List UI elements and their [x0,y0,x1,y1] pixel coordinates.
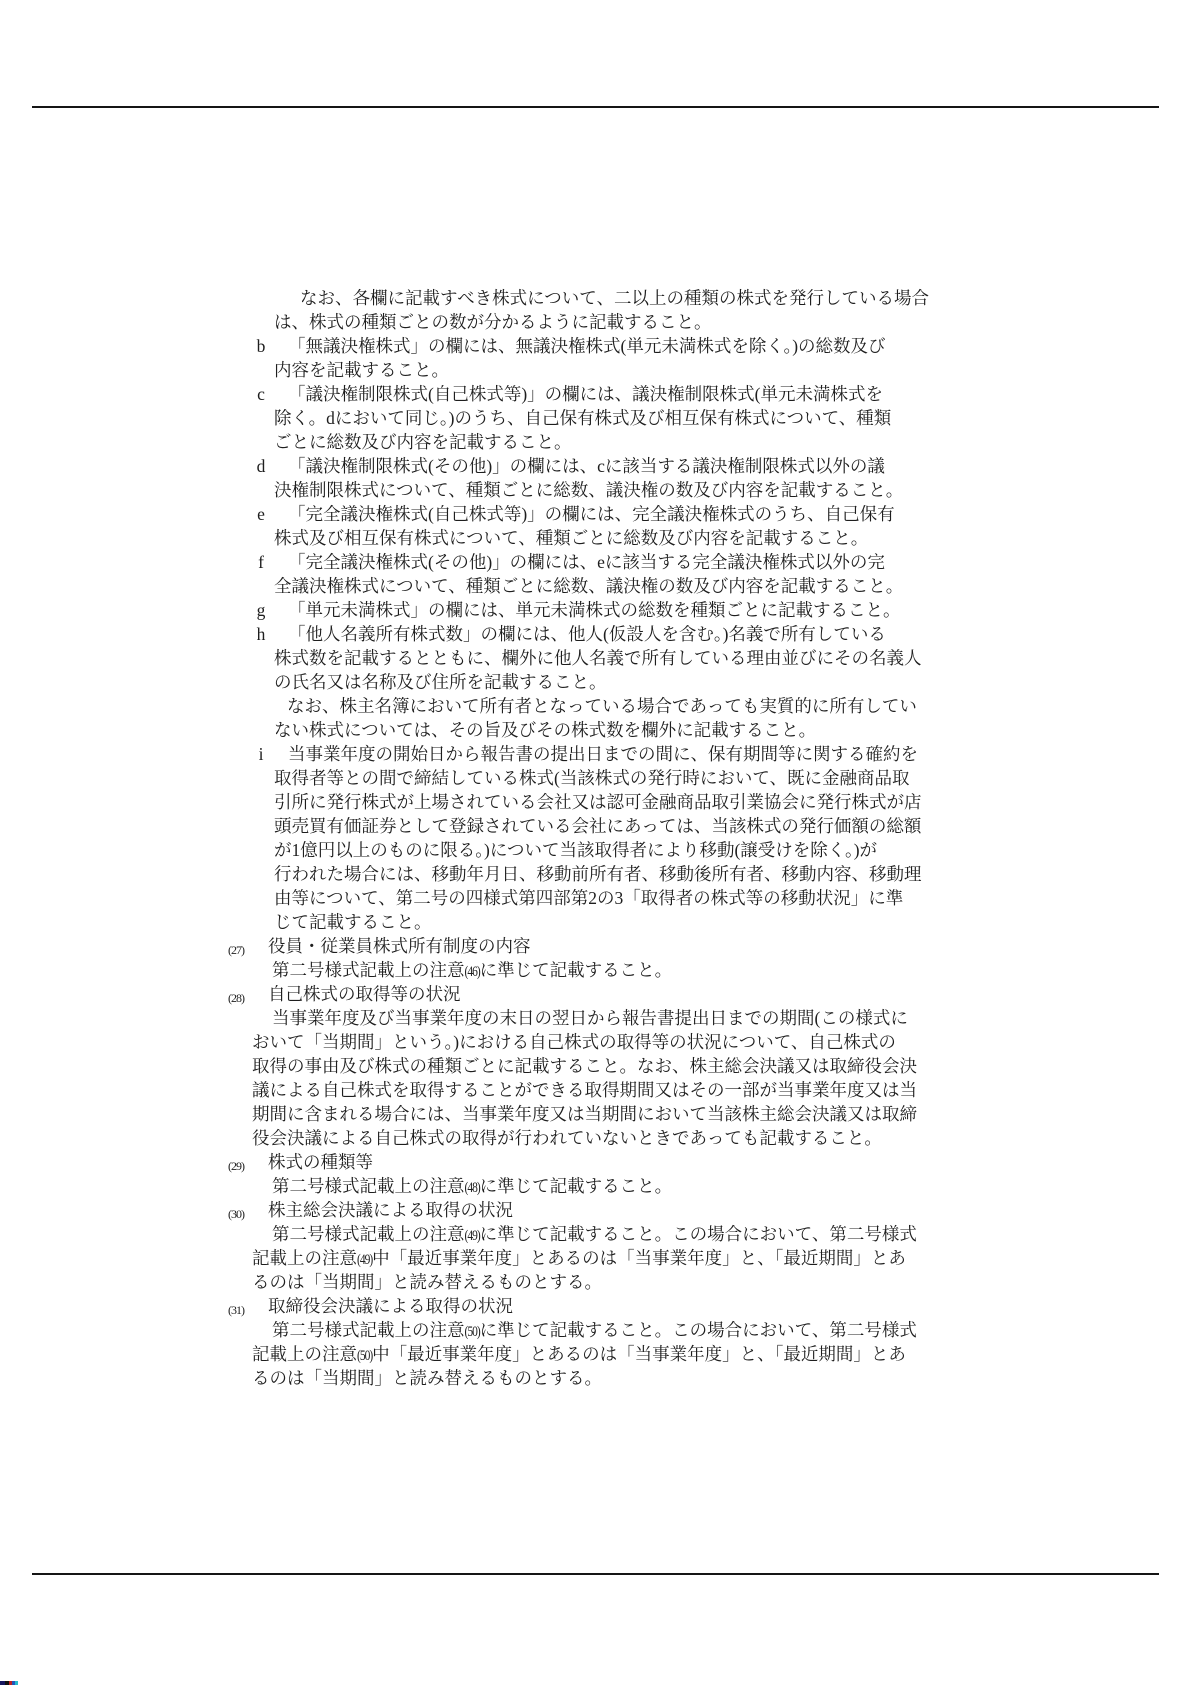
text-line-content: 当事業年度及び当事業年度の末日の翌日から報告書提出日までの期間(この様式に [272,1006,908,1030]
text-line: 行われた場合には、移動年月日、移動前所有者、移動後所有者、移動内容、移動理 [228,862,968,886]
notes-text-block: なお、各欄に記載すべき株式について、二以上の種類の株式を発行している場合は、株式… [228,286,968,1390]
text-line: ごとに総数及び内容を記載すること。 [228,430,968,454]
text-line: (30)株主総会決議による取得の状況 [228,1198,968,1222]
text-line: おいて「当期間」という。)における自己株式の取得等の状況について、自己株式の [228,1030,968,1054]
text-line: 記載上の注意(49)中「最近事業年度」とあるのは「当事業年度」と、「最近期間」と… [228,1246,968,1270]
text-line-content: 行われた場合には、移動年月日、移動前所有者、移動後所有者、移動内容、移動理 [274,862,922,886]
text-line-content: じて記載すること。 [274,910,432,934]
text-line: が1億円以上のものに限る。)について当該取得者により移動(譲受けを除く。)が [228,838,968,862]
text-line-content: 第二号様式記載上の注意(46)に準じて記載すること。 [272,958,672,985]
text-line-content: 株主総会決議による取得の状況 [268,1198,513,1222]
text-line-content: 「無議決権株式」の欄には、無議決権株式(単元未満株式を除く。)の総数及び [288,334,886,358]
text-line: なお、株主名簿において所有者となっている場合であっても実質的に所有してい [228,694,968,718]
text-line-content: なお、株主名簿において所有者となっている場合であっても実質的に所有してい [287,694,917,718]
item-letter-label: e [252,502,270,526]
text-line: 第二号様式記載上の注意(46)に準じて記載すること。 [228,958,968,982]
text-line-content: 取得の事由及び株式の種類ごとに記載すること。なお、株主総会決議又は取締役会決 [252,1054,917,1078]
text-line: 議による自己株式を取得することができる取得期間又はその一部が当事業年度又は当 [228,1078,968,1102]
text-line-content: 頭売買有価証券として登録されている会社にあっては、当該株式の発行価額の総額 [274,814,921,838]
text-line: るのは「当期間」と読み替えるものとする。 [228,1366,968,1390]
text-line: 役会決議による自己株式の取得が行われていないときであっても記載すること。 [228,1126,968,1150]
text-line: 第二号様式記載上の注意(50)に準じて記載すること。この場合において、第二号様式 [228,1318,968,1342]
text-line-content: ごとに総数及び内容を記載すること。 [274,430,572,454]
text-line: じて記載すること。 [228,910,968,934]
text-line-content: ない株式については、その旨及びその株式数を欄外に記載すること。 [274,718,816,742]
text-line: f「完全議決権株式(その他)」の欄には、eに該当する完全議決権株式以外の完 [228,550,968,574]
text-line: 株式数を記載するとともに、欄外に他人名義で所有している理由並びにその名義人 [228,646,968,670]
text-line: の氏名又は名称及び住所を記載すること。 [228,670,968,694]
text-line: 全議決権株式について、種類ごとに総数、議決権の数及び内容を記載すること。 [228,574,968,598]
text-line-content: 「完全議決権株式(その他)」の欄には、eに該当する完全議決権株式以外の完 [288,550,885,574]
text-line: るのは「当期間」と読み替えるものとする。 [228,1270,968,1294]
text-line: 取得者等との間で締結している株式(当該株式の発行時において、既に金融商品取 [228,766,968,790]
text-line-content: 「完全議決権株式(自己株式等)」の欄には、完全議決権株式のうち、自己保有 [288,502,895,526]
text-line: 記載上の注意(50)中「最近事業年度」とあるのは「当事業年度」と、「最近期間」と… [228,1342,968,1366]
text-line-content: 自己株式の取得等の状況 [268,982,461,1006]
text-line-content: 議による自己株式を取得することができる取得期間又はその一部が当事業年度又は当 [252,1078,917,1102]
text-line-content: 「議決権制限株式(その他)」の欄には、cに該当する議決権制限株式以外の議 [288,454,885,478]
text-line-content: は、株式の種類ごとの数が分かるように記載すること。 [274,310,712,334]
text-line: c「議決権制限株式(自己株式等)」の欄には、議決権制限株式(単元未満株式を [228,382,968,406]
text-line-content: るのは「当期間」と読み替えるものとする。 [252,1366,602,1390]
text-line: 第二号様式記載上の注意(48)に準じて記載すること。 [228,1174,968,1198]
bottom-rule [32,1573,1159,1575]
text-line-content: 当事業年度の開始日から報告書の提出日までの間に、保有期間等に関する確約を [288,742,918,766]
text-line-content: おいて「当期間」という。)における自己株式の取得等の状況について、自己株式の [252,1030,896,1054]
text-line-content: 役会決議による自己株式の取得が行われていないときであっても記載すること。 [252,1126,882,1150]
top-rule [32,106,1159,108]
text-line-content: 記載上の注意(50)中「最近事業年度」とあるのは「当事業年度」と、「最近期間」と… [252,1342,906,1369]
item-letter-label: c [252,382,270,406]
text-line: 決権制限株式について、種類ごとに総数、議決権の数及び内容を記載すること。 [228,478,968,502]
text-line-content: 「単元未満株式」の欄には、単元未満株式の総数を種類ごとに記載すること。 [288,598,901,622]
text-line-content: 内容を記載すること。 [274,358,449,382]
text-line: (27)役員・従業員株式所有制度の内容 [228,934,968,958]
text-line-content: 期間に含まれる場合には、当事業年度又は当期間において当該株主総会決議又は取締 [252,1102,917,1126]
text-line: 由等について、第二号の四様式第四部第2の3「取得者の株式等の移動状況」に準 [228,886,968,910]
text-line: 除く。dにおいて同じ。)のうち、自己保有株式及び相互保有株式について、種類 [228,406,968,430]
text-line-content: 株式の種類等 [268,1150,373,1174]
text-line: 期間に含まれる場合には、当事業年度又は当期間において当該株主総会決議又は取締 [228,1102,968,1126]
text-line: e「完全議決権株式(自己株式等)」の欄には、完全議決権株式のうち、自己保有 [228,502,968,526]
text-line: i当事業年度の開始日から報告書の提出日までの間に、保有期間等に関する確約を [228,742,968,766]
text-line: g「単元未満株式」の欄には、単元未満株式の総数を種類ごとに記載すること。 [228,598,968,622]
text-line: 第二号様式記載上の注意(49)に準じて記載すること。この場合において、第二号様式 [228,1222,968,1246]
text-line-content: 「議決権制限株式(自己株式等)」の欄には、議決権制限株式(単元未満株式を [288,382,883,406]
text-line-content: るのは「当期間」と読み替えるものとする。 [252,1270,602,1294]
item-letter-label: h [252,622,270,646]
text-line: ない株式については、その旨及びその株式数を欄外に記載すること。 [228,718,968,742]
text-line-content: 「他人名義所有株式数」の欄には、他人(仮設人を含む。)名義で所有している [288,622,886,646]
text-line-content: 全議決権株式について、種類ごとに総数、議決権の数及び内容を記載すること。 [274,574,903,598]
text-line: は、株式の種類ごとの数が分かるように記載すること。 [228,310,968,334]
text-line: 引所に発行株式が上場されている会社又は認可金融商品取引業協会に発行株式が店 [228,790,968,814]
text-line-content: の氏名又は名称及び住所を記載すること。 [274,670,607,694]
text-line: (28)自己株式の取得等の状況 [228,982,968,1006]
scan-artifact-segment [15,1681,18,1685]
text-line: d「議決権制限株式(その他)」の欄には、cに該当する議決権制限株式以外の議 [228,454,968,478]
document-page: なお、各欄に記載すべき株式について、二以上の種類の株式を発行している場合は、株式… [0,0,1192,1685]
text-line-content: 由等について、第二号の四様式第四部第2の3「取得者の株式等の移動状況」に準 [274,886,903,910]
text-line-content: 引所に発行株式が上場されている会社又は認可金融商品取引業協会に発行株式が店 [274,790,922,814]
text-line-content: 決権制限株式について、種類ごとに総数、議決権の数及び内容を記載すること。 [274,478,903,502]
text-line: (31)取締役会決議による取得の状況 [228,1294,968,1318]
item-letter-label: f [252,550,270,574]
text-line: (29)株式の種類等 [228,1150,968,1174]
text-line: 株式及び相互保有株式について、種類ごとに総数及び内容を記載すること。 [228,526,968,550]
text-line: 頭売買有価証券として登録されている会社にあっては、当該株式の発行価額の総額 [228,814,968,838]
text-line-content: 取得者等との間で締結している株式(当該株式の発行時において、既に金融商品取 [274,766,909,790]
text-line: なお、各欄に記載すべき株式について、二以上の種類の株式を発行している場合 [228,286,968,310]
text-line: 当事業年度及び当事業年度の末日の翌日から報告書提出日までの期間(この様式に [228,1006,968,1030]
text-line-content: 株式及び相互保有株式について、種類ごとに総数及び内容を記載すること。 [274,526,868,550]
text-line-content: が1億円以上のものに限る。)について当該取得者により移動(譲受けを除く。)が [274,838,877,862]
text-line-content: 除く。dにおいて同じ。)のうち、自己保有株式及び相互保有株式について、種類 [274,406,891,430]
text-line: b「無議決権株式」の欄には、無議決権株式(単元未満株式を除く。)の総数及び [228,334,968,358]
item-letter-label: d [252,454,270,478]
text-line-content: なお、各欄に記載すべき株式について、二以上の種類の株式を発行している場合 [300,286,929,310]
text-line: 内容を記載すること。 [228,358,968,382]
item-letter-label: b [252,334,270,358]
text-line-content: 記載上の注意(49)中「最近事業年度」とあるのは「当事業年度」と、「最近期間」と… [252,1246,906,1273]
text-line-content: 第二号様式記載上の注意(48)に準じて記載すること。 [272,1174,672,1201]
text-line: h「他人名義所有株式数」の欄には、他人(仮設人を含む。)名義で所有している [228,622,968,646]
text-line-content: 取締役会決議による取得の状況 [268,1294,513,1318]
text-line-content: 役員・従業員株式所有制度の内容 [268,934,531,958]
text-line-content: 株式数を記載するとともに、欄外に他人名義で所有している理由並びにその名義人 [274,646,922,670]
scan-artifact [0,1681,18,1685]
text-line: 取得の事由及び株式の種類ごとに記載すること。なお、株主総会決議又は取締役会決 [228,1054,968,1078]
item-letter-label: i [252,742,270,766]
item-letter-label: g [252,598,270,622]
